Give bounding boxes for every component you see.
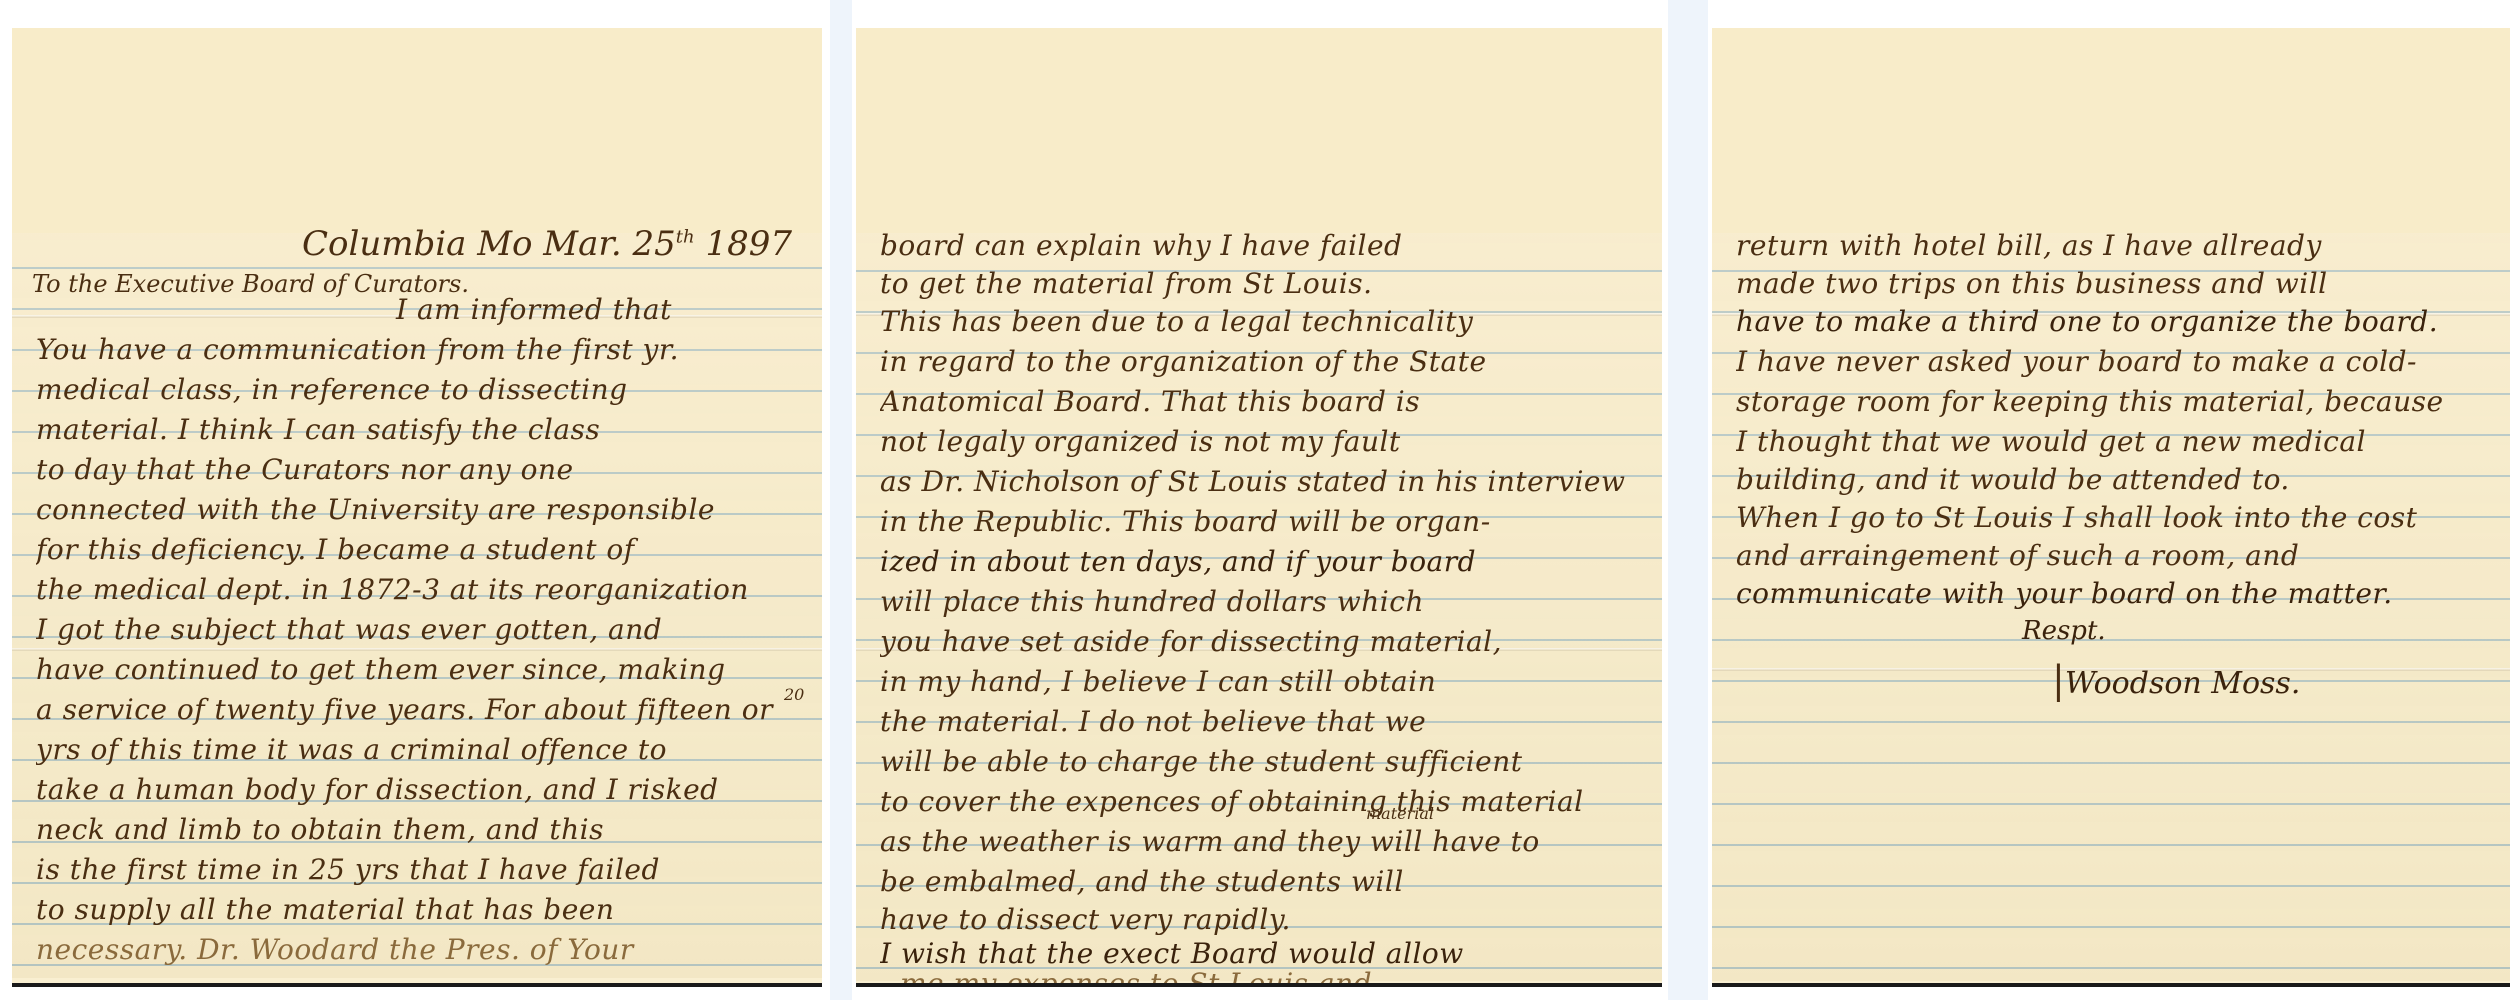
text-line: to cover the expences of obtaining this …	[880, 782, 1644, 822]
letter-dateline: Columbia Mo Mar. 25th 1897	[302, 224, 792, 264]
text-line: board can explain why I have failed	[880, 226, 1644, 266]
text-line: yrs of this time it was a criminal offen…	[36, 730, 804, 770]
text-line: I got the subject that was ever gotten, …	[36, 610, 804, 650]
text-line: you have set aside for dissecting materi…	[880, 622, 1644, 662]
text-line: will be able to charge the student suffi…	[880, 742, 1644, 782]
text-line: in the Republic. This board will be orga…	[880, 502, 1644, 542]
text-line: for this deficiency. I became a student …	[36, 530, 804, 570]
letter-closing: Respt.	[2022, 616, 2106, 646]
text-line: building, and it would be attended to.	[1736, 460, 2492, 500]
text-line: is the first time in 25 yrs that I have …	[36, 850, 804, 890]
text-line: as Dr. Nicholson of St Louis stated in h…	[880, 462, 1644, 502]
text-line: the material. I do not believe that we	[880, 702, 1644, 742]
text-line: made two trips on this business and will	[1736, 264, 2492, 304]
text-line: to supply all the material that has been	[36, 890, 804, 930]
text-line: as the weather is warm and they will hav…	[880, 822, 1644, 862]
letter-page-1: Columbia Mo Mar. 25th 1897 To the Execut…	[12, 28, 822, 983]
text-line: You have a communication from the first …	[36, 330, 804, 370]
text-line: have continued to get them ever since, m…	[36, 650, 804, 690]
text-line: material. I think I can satisfy the clas…	[36, 410, 804, 450]
text-line: in regard to the organization of the Sta…	[880, 342, 1644, 382]
letter-signature: |Woodson Moss.	[2052, 658, 2300, 702]
text-line: storage room for keeping this material, …	[1736, 382, 2492, 422]
text-line: a service of twenty five years. For abou…	[36, 690, 782, 730]
text-line: I have never asked your board to make a …	[1736, 342, 2492, 382]
text-line: necessary. Dr. Woodard the Pres. of Your	[36, 930, 804, 970]
text-line: me my expenses to St Louis and	[900, 964, 1644, 983]
text-line: return with hotel bill, as I have allrea…	[1736, 226, 2492, 266]
text-line: to day that the Curators nor any one	[36, 450, 804, 490]
text-line: ized in about ten days, and if your boar…	[880, 542, 1644, 582]
text-line: and arraingement of such a room, and	[1736, 536, 2492, 576]
text-line: When I go to St Louis I shall look into …	[1736, 498, 2492, 538]
text-line: take a human body for dissection, and I …	[36, 770, 804, 810]
text-line: I am informed that	[36, 290, 804, 330]
text-line: medical class, in reference to dissectin…	[36, 370, 804, 410]
text-line: have to make a third one to organize the…	[1736, 302, 2492, 342]
text-line: not legaly organized is not my fault	[880, 422, 1644, 462]
text-line: neck and limb to obtain them, and this	[36, 810, 804, 850]
letter-page-3: return with hotel bill, as I have allrea…	[1712, 28, 2510, 983]
text-line: to get the material from St Louis.	[880, 264, 1644, 304]
page-gap-left	[830, 0, 852, 1000]
superscript-note: 20	[784, 685, 804, 704]
text-line: I thought that we would get a new medica…	[1736, 422, 2492, 462]
text-line: communicate with your board on the matte…	[1736, 574, 2492, 614]
letter-page-2: board can explain why I have failed to g…	[856, 28, 1662, 983]
text-line: the medical dept. in 1872-3 at its reorg…	[36, 570, 804, 610]
insertion-note: material	[1366, 804, 1434, 823]
text-line: be embalmed, and the students will	[880, 862, 1644, 902]
text-line: connected with the University are respon…	[36, 490, 804, 530]
text-line: will place this hundred dollars which	[880, 582, 1644, 622]
text-line: in my hand, I believe I can still obtain	[880, 662, 1644, 702]
text-line: This has been due to a legal technicalit…	[880, 302, 1644, 342]
page-gap-right	[1668, 0, 1708, 1000]
text-line: Anatomical Board. That this board is	[880, 382, 1644, 422]
